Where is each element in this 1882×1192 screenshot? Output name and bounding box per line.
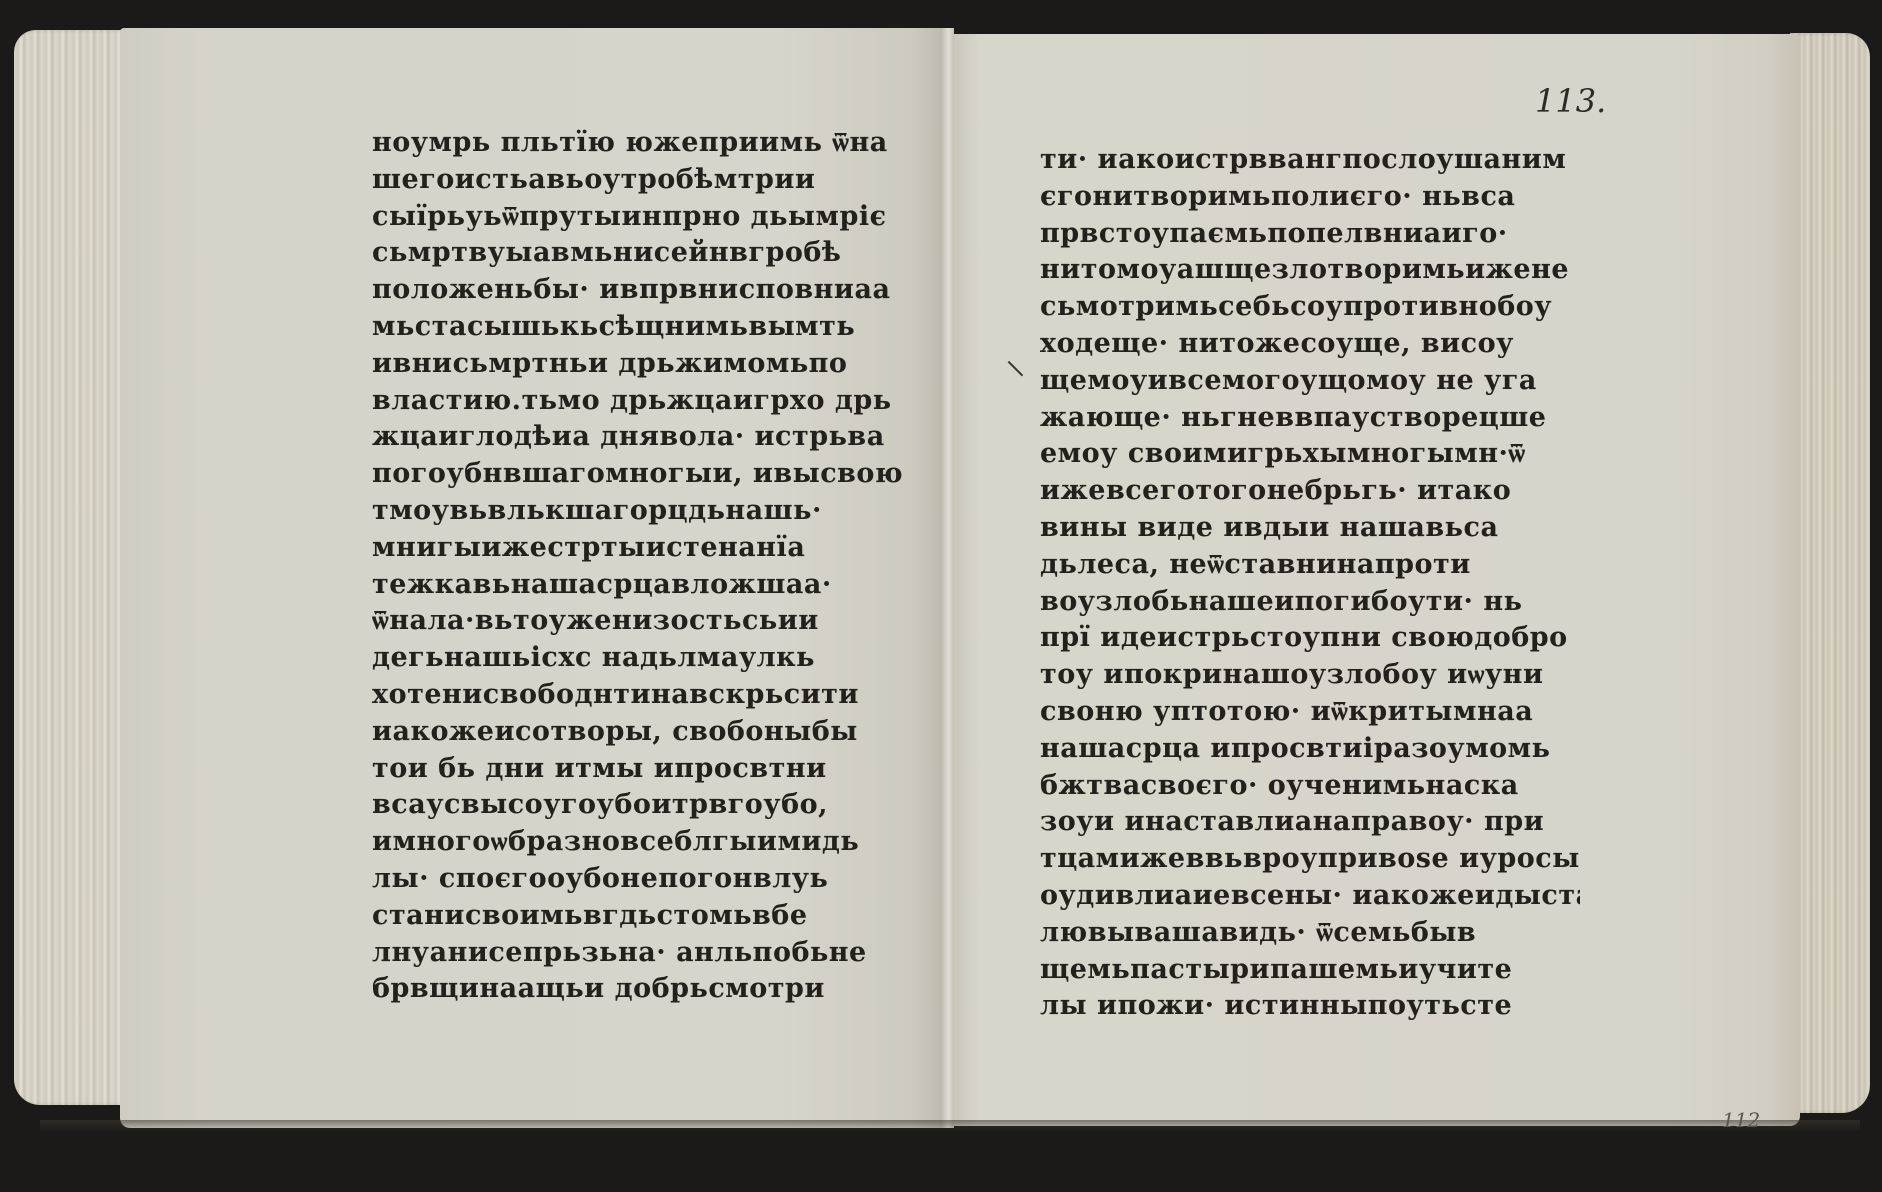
right-page-text: ти· иакоистрввангпослоушанимєгонитворимь… — [1040, 142, 1580, 1025]
manuscript-line: шегоистьавьоутробѣмтрии — [372, 162, 912, 199]
manuscript-line: ти· иакоистрввангпослоушаним — [1040, 142, 1580, 179]
manuscript-line: сьмртвуыавмьнисейнвгробѣ — [372, 235, 912, 272]
manuscript-line: емоу своимигрьхымногымн·ѿ — [1040, 436, 1580, 473]
manuscript-line: иакожеисотворы, свобоныбы — [372, 714, 912, 751]
book-gutter — [940, 28, 954, 1128]
manuscript-line: тцамижеввьвроупривоsе иуросы — [1040, 841, 1580, 878]
folio-number-bottom: 112 — [1722, 1108, 1760, 1132]
manuscript-line: ѿнала·вьтоуженизостьсьии — [372, 603, 912, 640]
open-manuscript: 113. 112 ноумрь пльтїю южеприимь ѿнашего… — [0, 0, 1882, 1192]
manuscript-line: нитомоуашщезлотворимьиженe — [1040, 252, 1580, 289]
manuscript-line: имногоѡбразновсеблгыимидь — [372, 824, 912, 861]
manuscript-line: тмоувьвлькшагорцдьнашь· — [372, 493, 912, 530]
manuscript-line: мнигыижестртыистенанїа — [372, 530, 912, 567]
manuscript-line: дьлеса, неѿставнинапроти — [1040, 547, 1580, 584]
right-page-edges — [1790, 33, 1870, 1113]
manuscript-line: зоуи инаставлианапрaвоу· при — [1040, 804, 1580, 841]
manuscript-line: оудивлиаиевсены· иакожеидыстaa — [1040, 878, 1580, 915]
manuscript-line: лы· споєгооубонепогонвлуь — [372, 861, 912, 898]
manuscript-line: жающе· ньгневвпаустворецше — [1040, 400, 1580, 437]
manuscript-line: щемьпастырипашемьиучите — [1040, 952, 1580, 989]
manuscript-line: хотенисвободнтинавскрьсити — [372, 677, 912, 714]
manuscript-line: брвщинаащьи добрьсмотри — [372, 971, 912, 1008]
manuscript-line: ноумрь пльтїю южеприимь ѿна — [372, 125, 912, 162]
manuscript-line: бжтвасвоєго· оученимьнаска — [1040, 768, 1580, 805]
manuscript-line: щемоуивсемогоущомоу не угa — [1040, 363, 1580, 400]
folio-number-top: 113. — [1535, 82, 1606, 120]
manuscript-line: мьстасышькьсѣщнимьвымть — [372, 309, 912, 346]
manuscript-line: лы ипожи· истинныпоутьсте — [1040, 988, 1580, 1025]
manuscript-line: сьмотримьсебьсоупротивнобоу — [1040, 289, 1580, 326]
manuscript-line: всаусвысоугоубоитрвгоубо, — [372, 787, 912, 824]
manuscript-line: воузлобьнашеипогибоути· нь — [1040, 584, 1580, 621]
manuscript-line: положеньбы· ивпрвнисповниаа — [372, 272, 912, 309]
left-page-edges — [14, 30, 134, 1105]
manuscript-line: своню уптотою· иѿкритымнаa — [1040, 694, 1580, 731]
manuscript-line: сыїрьуьѿпрутыинпрно дьымріє — [372, 199, 912, 236]
manuscript-line: тежкавьнашасрцавложшаа· — [372, 567, 912, 604]
manuscript-line: тоу ипокринашоузлобоу иѡуни — [1040, 657, 1580, 694]
manuscript-line: лювывашавидь· ѿсемьбыв — [1040, 915, 1580, 952]
manuscript-line: властию.тьмо дрьжцаигрхо дрь — [372, 383, 912, 420]
manuscript-line: ходеще· нитожесоуще, висоу — [1040, 326, 1580, 363]
manuscript-line: вины виде ивдыи нашавьса — [1040, 510, 1580, 547]
bottom-shadow — [40, 1120, 1860, 1132]
manuscript-line: лнуанисепрьзьна· анльпобьне — [372, 935, 912, 972]
manuscript-line: тои бь дни итмы ипросвтни — [372, 751, 912, 788]
manuscript-line: нашасрца ипросвтиіразоумомь — [1040, 731, 1580, 768]
manuscript-line: прї идеистрьстоупни своюдобро — [1040, 620, 1580, 657]
manuscript-line: дегьнашьісхс надьлмаулкь — [372, 640, 912, 677]
left-page-text: ноумрь пльтїю южеприимь ѿнашегоистьавьоу… — [372, 125, 912, 1008]
manuscript-line: єгонитворимьполиєго· ньвса — [1040, 179, 1580, 216]
manuscript-line: ижевсеготогонебрьгь· итако — [1040, 473, 1580, 510]
manuscript-line: првстоупаємьпопелвниаиго· — [1040, 216, 1580, 253]
manuscript-line: станисвоимьвгдьстомьвбе — [372, 898, 912, 935]
manuscript-line: ивнисьмртньи дрьжимомьпо — [372, 346, 912, 383]
manuscript-line: жцаиглодѣиа днявола· истрьва — [372, 419, 912, 456]
manuscript-line: погоубнвшагомногыи, ивысвою — [372, 456, 912, 493]
